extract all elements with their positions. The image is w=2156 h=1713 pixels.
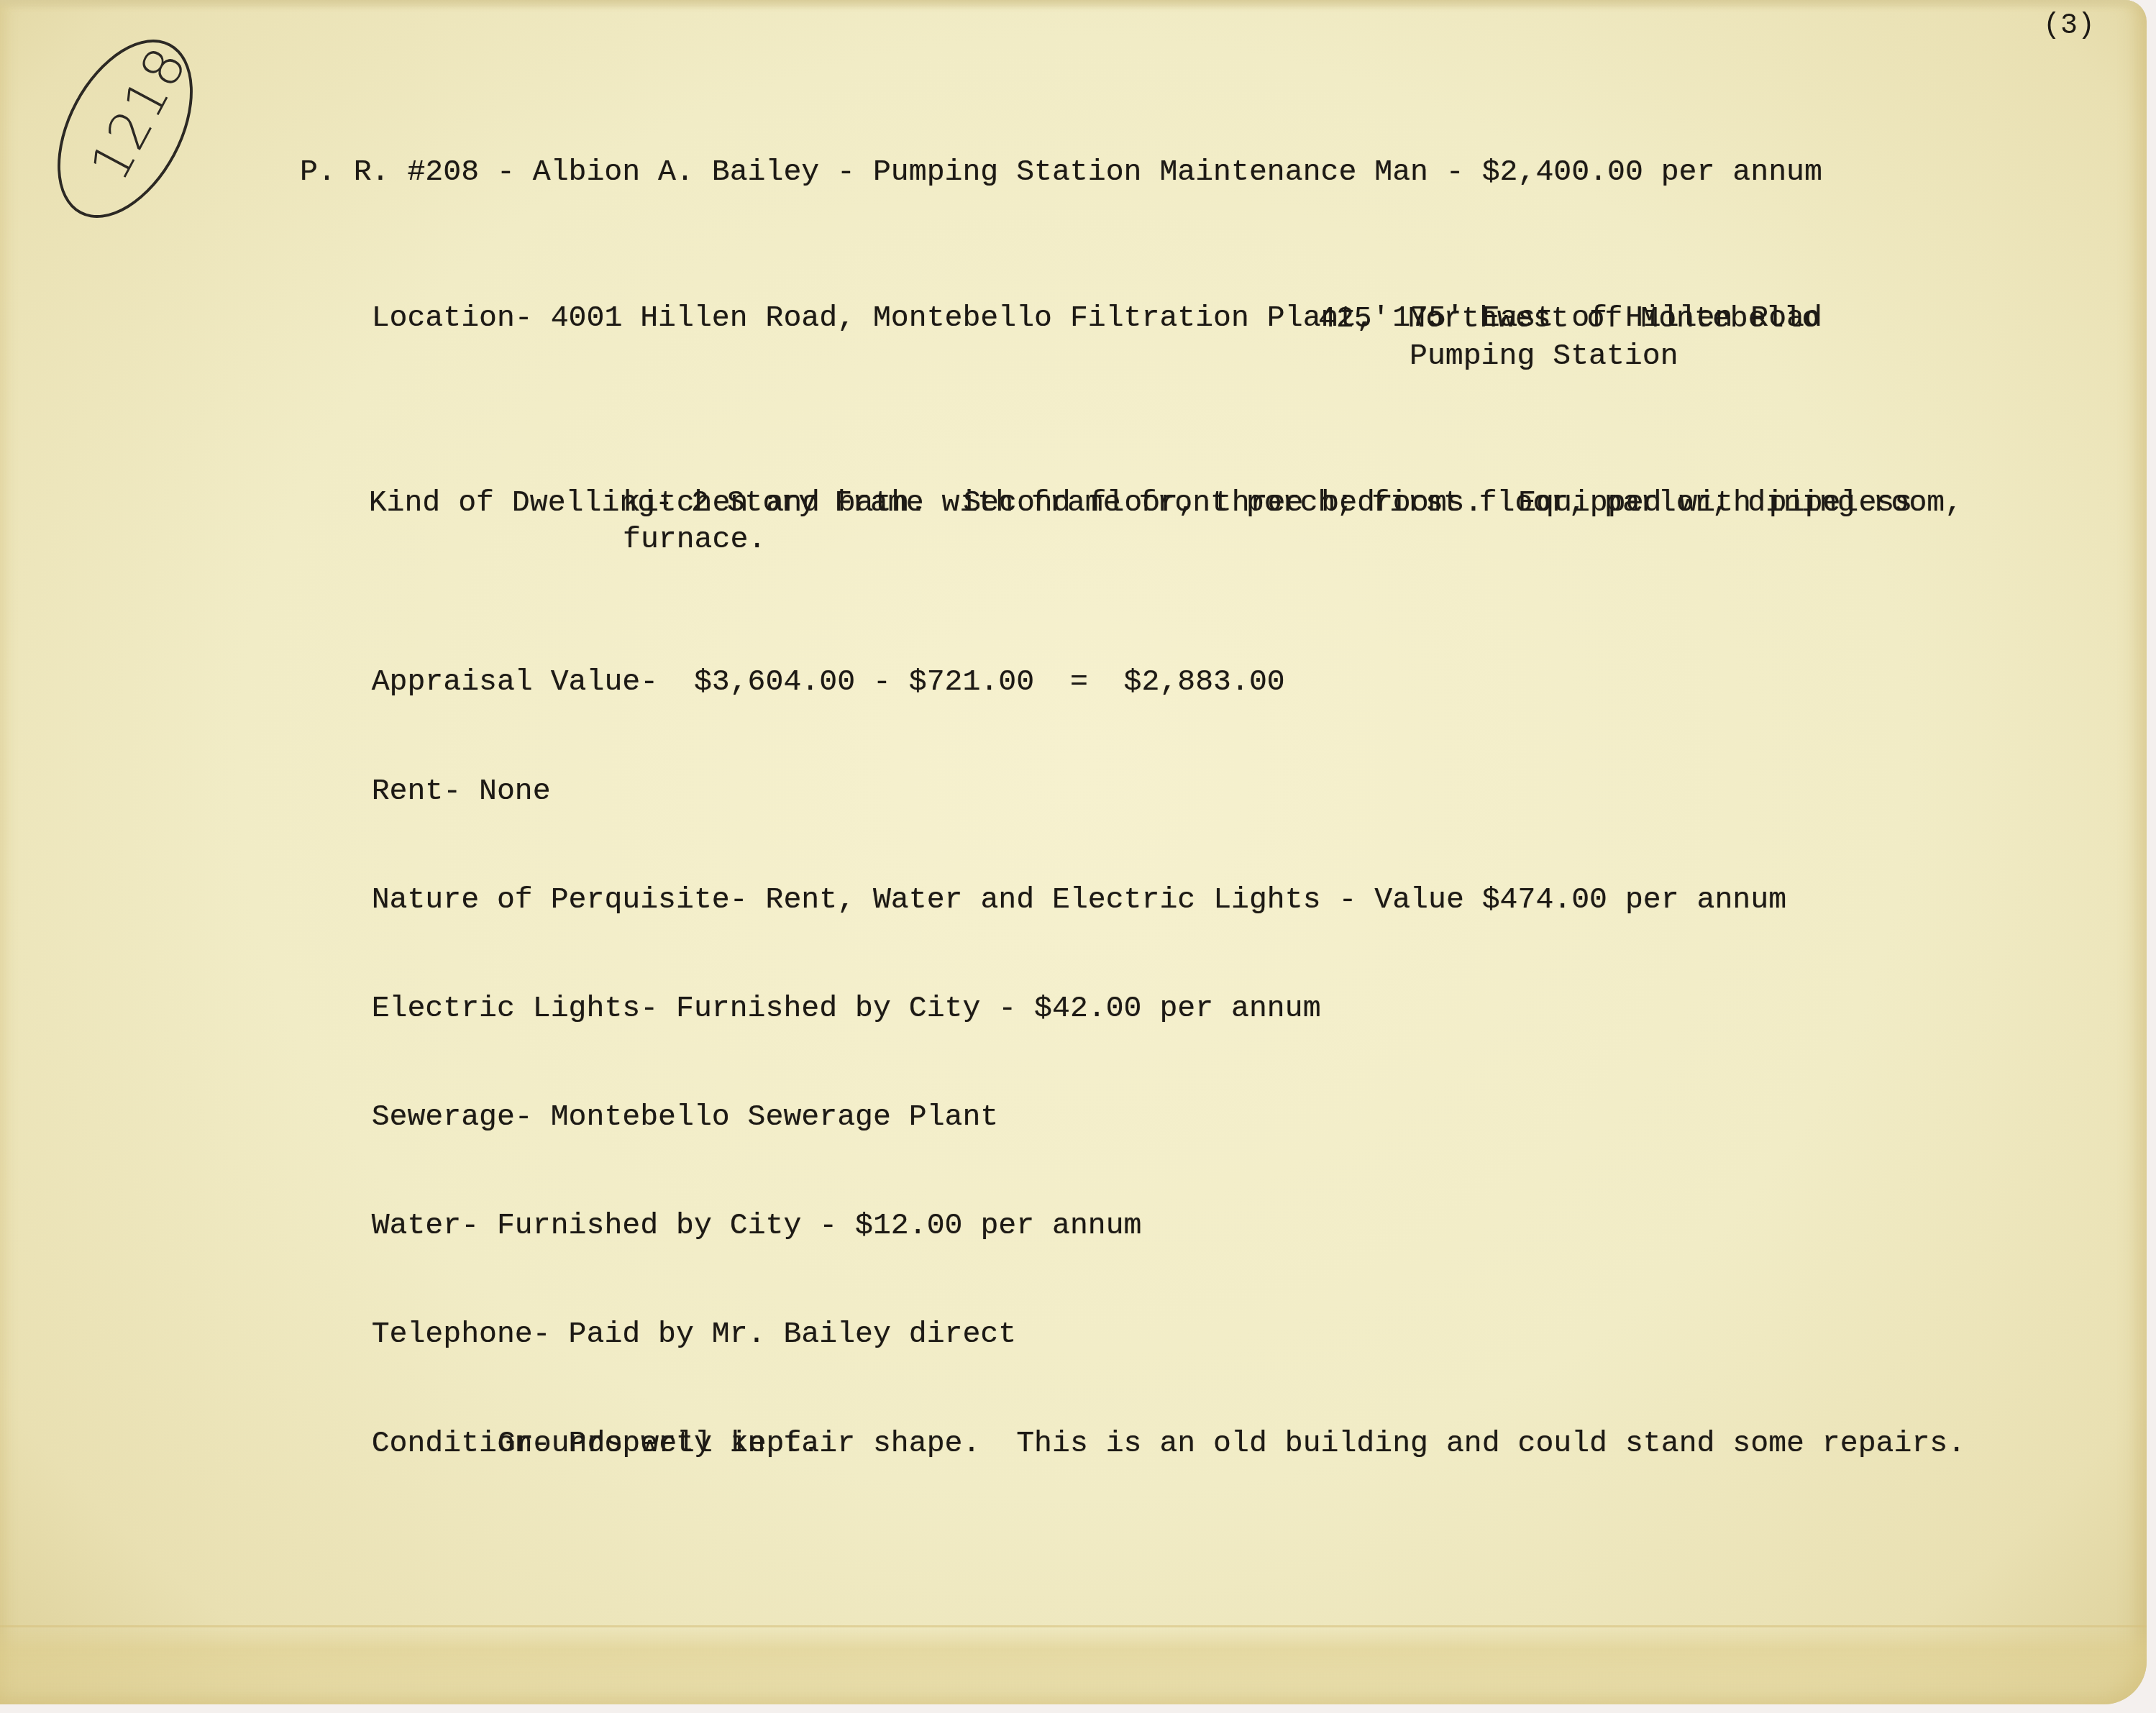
dwelling-line-2: kitchen and bath. Second floor, three be… <box>623 485 1912 521</box>
dwelling-line-3: furnace. <box>623 521 766 558</box>
electric-value: Furnished by City - $42.00 per annum <box>676 992 1321 1025</box>
perquisite-entry: Nature of Perquisite- Rent, Water and El… <box>300 845 1786 955</box>
telephone-value: Paid by Mr. Bailey direct <box>569 1317 1017 1351</box>
rent-entry: Rent- None <box>300 736 551 846</box>
telephone-entry: Telephone- Paid by Mr. Bailey direct <box>300 1279 1016 1389</box>
perquisite-label: Nature of Perquisite- <box>372 883 748 917</box>
rent-value: None <box>479 775 551 808</box>
water-value: Furnished by City - $12.00 per annum <box>497 1209 1142 1243</box>
water-stain <box>0 1625 2147 1704</box>
electric-label: Electric Lights- <box>372 992 658 1025</box>
page-number: (3) <box>2043 10 2095 42</box>
location-line-2: 425' Northwest of Montebello <box>1318 301 1819 337</box>
water-entry: Water- Furnished by City - $12.00 per an… <box>300 1171 1142 1281</box>
perquisite-value: Rent, Water and Electric Lights - Value … <box>766 883 1787 917</box>
appraisal-entry: Appraisal Value- $3,604.00 - $721.00 = $… <box>300 627 1285 737</box>
appraisal-value: $3,604.00 - $721.00 = $2,883.00 <box>694 665 1285 699</box>
condition-line-2: Grounds well kept. <box>498 1425 820 1462</box>
telephone-label: Telephone- <box>372 1317 551 1351</box>
water-label: Water- <box>372 1209 479 1243</box>
rent-label: Rent- <box>372 775 462 808</box>
sewerage-value: Montebello Sewerage Plant <box>551 1100 999 1134</box>
document-page: (3) 1218 P. R. #208 - Albion A. Bailey -… <box>0 0 2147 1704</box>
location-label: Location- <box>372 301 533 335</box>
sewerage-label: Sewerage- <box>372 1100 533 1134</box>
location-line-3: Pumping Station <box>1410 338 1678 375</box>
header-line: P. R. #208 - Albion A. Bailey - Pumping … <box>300 154 1822 191</box>
electric-entry: Electric Lights- Furnished by City - $42… <box>300 954 1321 1064</box>
appraisal-label: Appraisal Value- <box>372 665 658 699</box>
sewerage-entry: Sewerage- Montebello Sewerage Plant <box>300 1062 998 1172</box>
